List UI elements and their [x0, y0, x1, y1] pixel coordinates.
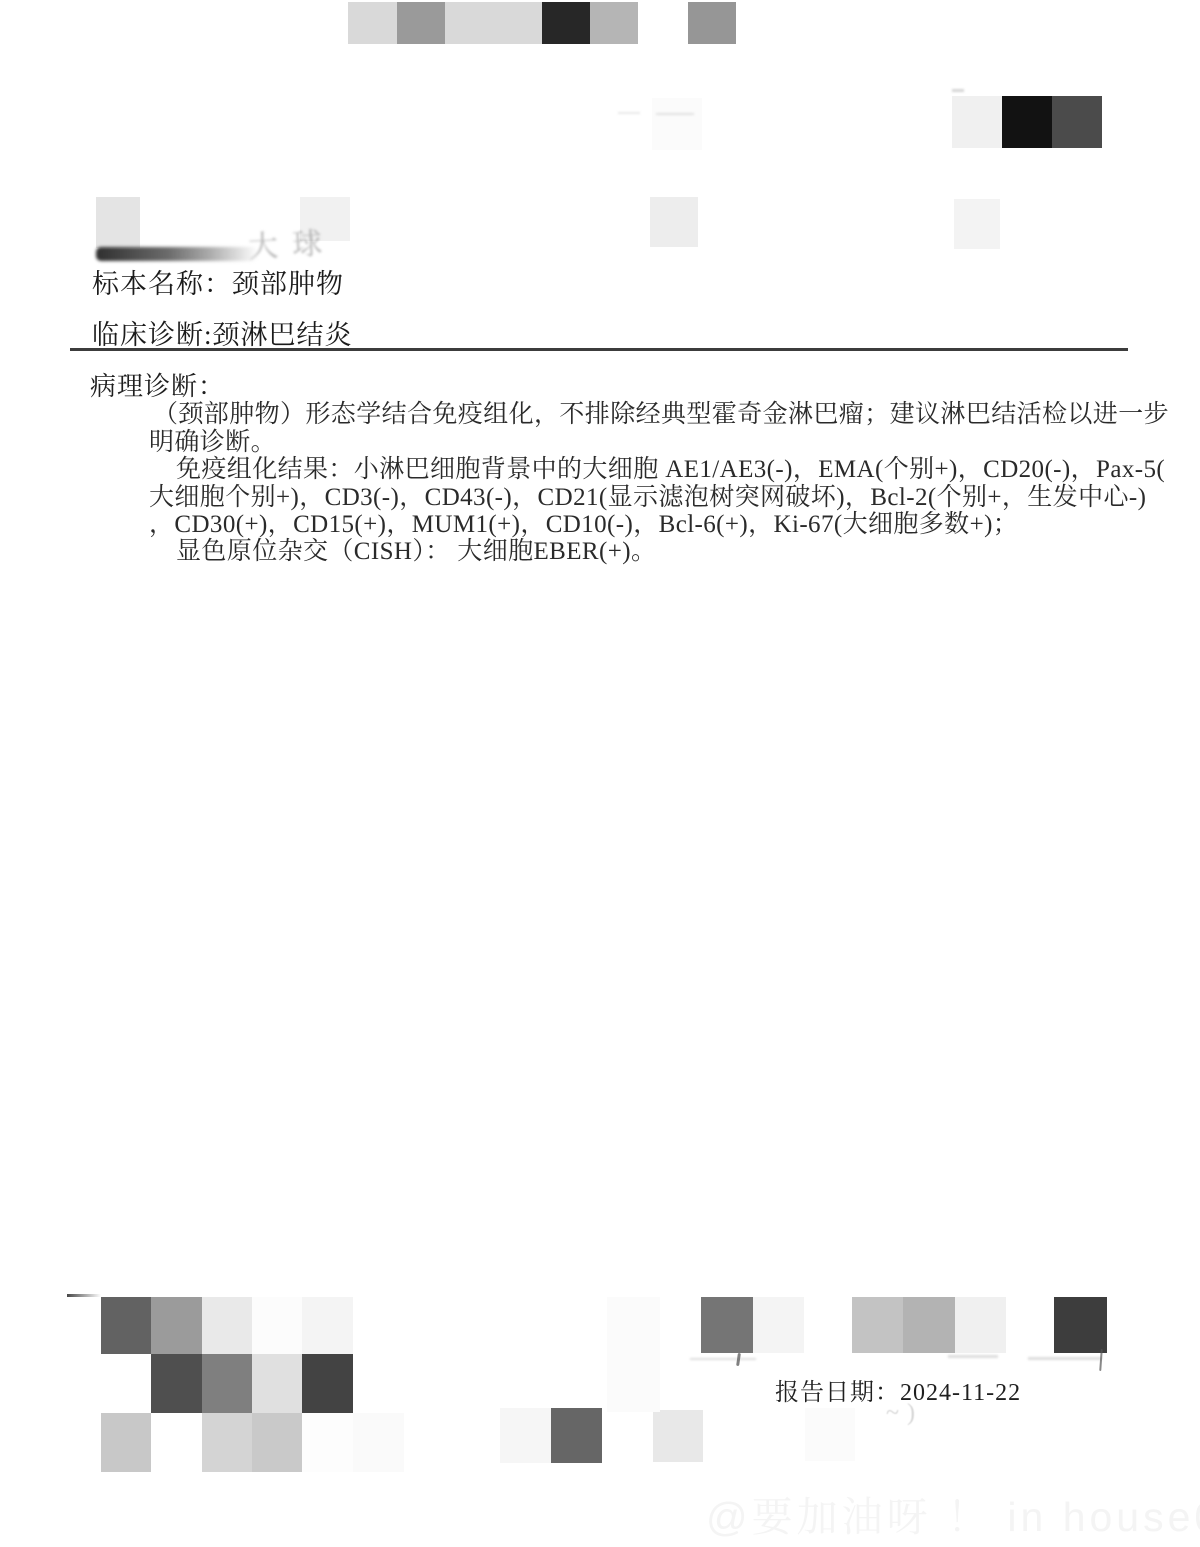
clinical-diagnosis-line: 临床诊断:颈淋巴结炎 [92, 313, 353, 352]
redaction-block [151, 1297, 202, 1354]
redaction-block [397, 2, 445, 44]
redaction-block [348, 2, 397, 44]
faint-stamp-remnant: ~) [886, 1400, 923, 1427]
diagnosis-line: （颈部肿物）形态学结合免疫组化，不排除经典型霍奇金淋巴瘤；建议淋巴结活检以进一步 [153, 394, 1169, 430]
scan-smudge [952, 89, 964, 92]
redaction-block [353, 1413, 404, 1472]
redaction-block [101, 1297, 151, 1354]
scan-smudge [656, 113, 694, 115]
redaction-block [650, 197, 698, 247]
redaction-block [151, 1354, 202, 1413]
faint-redacted-text: 大球 [247, 218, 337, 267]
watermark-text: @要加油呀 ！ in house086 [706, 1484, 1200, 1543]
redaction-block [96, 197, 140, 248]
redaction-block [590, 2, 638, 44]
redaction-block [202, 1297, 252, 1354]
scan-line-artifact [67, 1294, 101, 1297]
scan-smudge [690, 1358, 756, 1360]
redaction-block [551, 1408, 602, 1463]
redaction-block [202, 1413, 252, 1472]
redaction-block [688, 2, 736, 44]
ink-smear [96, 247, 258, 261]
redaction-block [753, 1297, 804, 1353]
section-divider [70, 348, 1128, 351]
redaction-block [653, 1410, 703, 1462]
redaction-block [302, 1413, 353, 1472]
diagnosis-line: 显色原位杂交（CISH）： 大细胞EBER(+)。 [176, 531, 656, 567]
redaction-block [542, 2, 590, 44]
redaction-block [952, 96, 1002, 148]
redaction-block [302, 1354, 353, 1413]
redaction-block [805, 1408, 855, 1461]
redaction-block [955, 1297, 1006, 1353]
redaction-block [202, 1354, 252, 1413]
specimen-name-line: 标本名称：颈部肿物 [92, 262, 344, 301]
redaction-block [701, 1297, 753, 1353]
redaction-block [1054, 1297, 1107, 1353]
redaction-layer [0, 0, 1200, 1547]
redaction-block [903, 1297, 955, 1353]
redaction-block [252, 1413, 302, 1472]
scan-smudge [1028, 1357, 1102, 1360]
redaction-block [954, 199, 1000, 249]
redaction-block [252, 1354, 302, 1413]
redaction-block [1052, 96, 1102, 148]
redaction-block [252, 1297, 302, 1354]
redaction-block [652, 98, 702, 150]
redaction-block [852, 1297, 903, 1353]
report-page: 大球 标本名称：颈部肿物 临床诊断:颈淋巴结炎 病理诊断： （颈部肿物）形态学结… [0, 0, 1200, 1547]
redaction-block [302, 1297, 353, 1354]
scan-smudge [948, 1355, 998, 1358]
redaction-block [500, 1408, 551, 1463]
redaction-block [101, 1413, 151, 1472]
redaction-block [445, 2, 542, 44]
scan-smudge [618, 112, 640, 114]
redaction-block [1002, 96, 1052, 148]
redaction-block [607, 1297, 660, 1412]
